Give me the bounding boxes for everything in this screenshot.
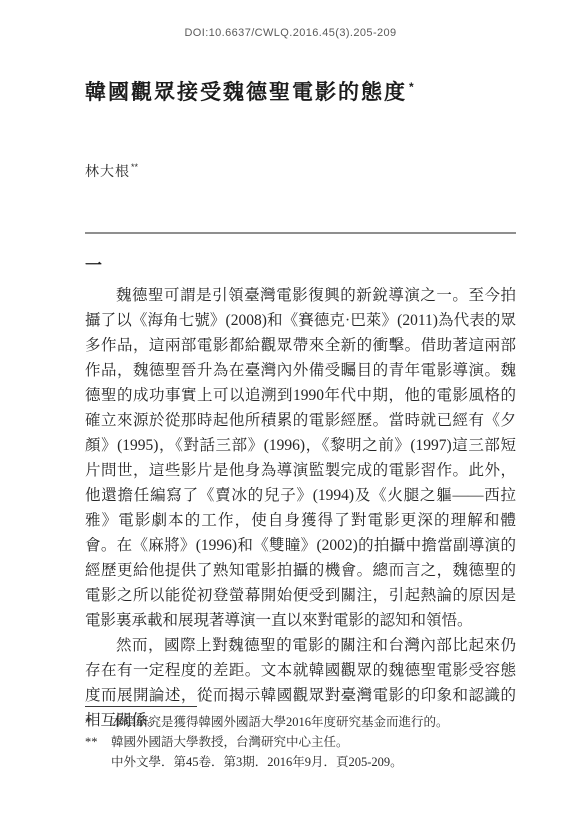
footnote-row: ** 韓國外國語大學教授，台灣研究中心主任。 <box>85 732 516 752</box>
footnote-row: * 本項研究是獲得韓國外國語大學2016年度研究基金而進行的。 <box>85 712 516 732</box>
title-footnote-marker: * <box>409 80 414 94</box>
article-title: 韓國觀眾接受魏德聖電影的態度* <box>85 76 414 106</box>
header-divider <box>85 232 516 234</box>
article-body: 魏德聖可謂是引領臺灣電影復興的新銳導演之一。至今拍攝了以《海角七號》(2008)… <box>85 283 516 733</box>
footnote-marker: * <box>85 712 111 732</box>
journal-citation: 中外文學．第45卷．第3期．2016年9月．頁205-209。 <box>111 752 516 772</box>
author-footnote-marker: ** <box>131 162 138 172</box>
author-name: 林大根 <box>85 163 130 179</box>
paragraph: 魏德聖可謂是引領臺灣電影復興的新銳導演之一。至今拍攝了以《海角七號》(2008)… <box>85 283 516 633</box>
doi-line: DOI:10.6637/CWLQ.2016.45(3).205-209 <box>0 27 581 39</box>
paper-page: DOI:10.6637/CWLQ.2016.45(3).205-209 韓國觀眾… <box>0 0 581 817</box>
author-line: 林大根** <box>85 161 138 181</box>
footnote-text: 本項研究是獲得韓國外國語大學2016年度研究基金而進行的。 <box>111 712 516 732</box>
footnote-marker: ** <box>85 732 111 752</box>
footnotes-block: * 本項研究是獲得韓國外國語大學2016年度研究基金而進行的。 ** 韓國外國語… <box>85 712 516 772</box>
article-title-text: 韓國觀眾接受魏德聖電影的態度 <box>85 81 407 104</box>
footnote-divider <box>85 706 197 707</box>
section-heading: 一 <box>85 251 102 276</box>
footnote-text: 韓國外國語大學教授，台灣研究中心主任。 <box>111 732 516 752</box>
